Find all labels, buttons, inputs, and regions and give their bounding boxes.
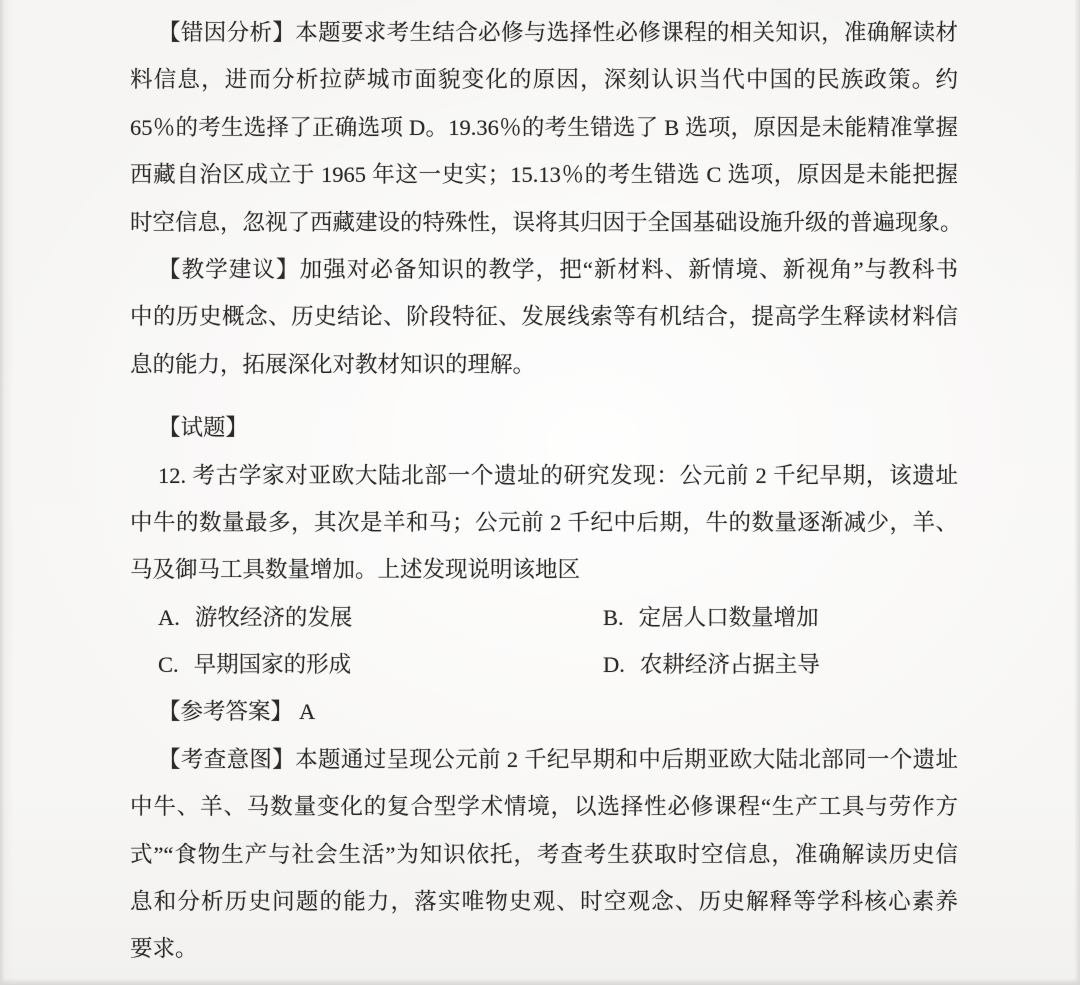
- teaching-advice-line: 【教学建议】加强对必备知识的教学，把“新材料、新情境、新视角”与教科书: [130, 246, 958, 293]
- document-page: 【错因分析】本题要求考生结合必修与选择性必修课程的相关知识，准确解读材 料信息，…: [0, 0, 1080, 985]
- question-line: 12. 考古学家对亚欧大陆北部一个遗址的研究发现：公元前 2 千纪早期，该遗址: [130, 452, 958, 499]
- exam-intent-line: 式”“食物生产与社会生活”为知识依托，考查考生获取时空信息，准确解读历史信: [130, 831, 958, 878]
- document-content: 【错因分析】本题要求考生结合必修与选择性必修课程的相关知识，准确解读材 料信息，…: [130, 9, 958, 973]
- exam-intent-line: 要求。: [130, 925, 958, 972]
- options-row: C.早期国家的形成 D.农耕经济占据主导: [130, 641, 958, 688]
- option-d-label: D.: [603, 652, 625, 677]
- photo-right-edge: [1074, 0, 1080, 985]
- option-c-text: 早期国家的形成: [194, 652, 352, 677]
- options-row: A.游牧经济的发展 B.定居人口数量增加: [130, 594, 958, 641]
- teaching-advice-line: 息的能力，拓展深化对教材知识的理解。: [130, 341, 958, 388]
- question-line: 中牛的数量最多，其次是羊和马；公元前 2 千纪中后期，牛的数量逐渐减少，羊、: [130, 499, 958, 546]
- question-line: 马及御马工具数量增加。上述发现说明该地区: [130, 546, 958, 593]
- photo-left-edge: [0, 0, 14, 985]
- error-analysis-line: 65％的考生选择了正确选项 D。19.36％的考生错选了 B 选项，原因是未能精…: [130, 104, 958, 151]
- question-section-header: 【试题】: [130, 404, 958, 451]
- option-a: A.游牧经济的发展: [130, 594, 603, 641]
- error-analysis-line: 西藏自治区成立于 1965 年这一史实；15.13％的考生错选 C 选项，原因是…: [130, 151, 958, 198]
- exam-intent-line: 中牛、羊、马数量变化的复合型学术情境，以选择性必修课程“生产工具与劳作方: [130, 783, 958, 830]
- option-a-label: A.: [158, 605, 180, 630]
- exam-intent-line: 息和分析历史问题的能力，落实唯物史观、时空观念、历史解释等学科核心素养: [130, 878, 958, 925]
- option-c-label: C.: [158, 652, 179, 677]
- exam-intent-line: 【考查意图】本题通过呈现公元前 2 千纪早期和中后期亚欧大陆北部同一个遗址: [130, 736, 958, 783]
- error-analysis-line: 【错因分析】本题要求考生结合必修与选择性必修课程的相关知识，准确解读材: [130, 9, 958, 56]
- reference-answer-value: A: [299, 699, 315, 724]
- reference-answer-tag: 【参考答案】: [158, 699, 293, 724]
- error-analysis-line: 料信息，进而分析拉萨城市面貌变化的原因，深刻认识当代中国的民族政策。约: [130, 56, 958, 103]
- option-b: B.定居人口数量增加: [603, 594, 819, 641]
- teaching-advice-line: 中的历史概念、历史结论、阶段特征、发展线索等有机结合，提高学生释读材料信: [130, 293, 958, 340]
- option-d-text: 农耕经济占据主导: [640, 652, 820, 677]
- option-d: D.农耕经济占据主导: [603, 641, 820, 688]
- option-b-label: B.: [603, 605, 624, 630]
- reference-answer: 【参考答案】A: [130, 688, 958, 735]
- option-c: C.早期国家的形成: [130, 641, 603, 688]
- photo-bottom-edge: [0, 978, 1080, 985]
- option-b-text: 定居人口数量增加: [639, 605, 819, 630]
- error-analysis-line: 时空信息，忽视了西藏建设的特殊性，误将其归因于全国基础设施升级的普遍现象。: [130, 199, 958, 246]
- option-a-text: 游牧经济的发展: [195, 605, 353, 630]
